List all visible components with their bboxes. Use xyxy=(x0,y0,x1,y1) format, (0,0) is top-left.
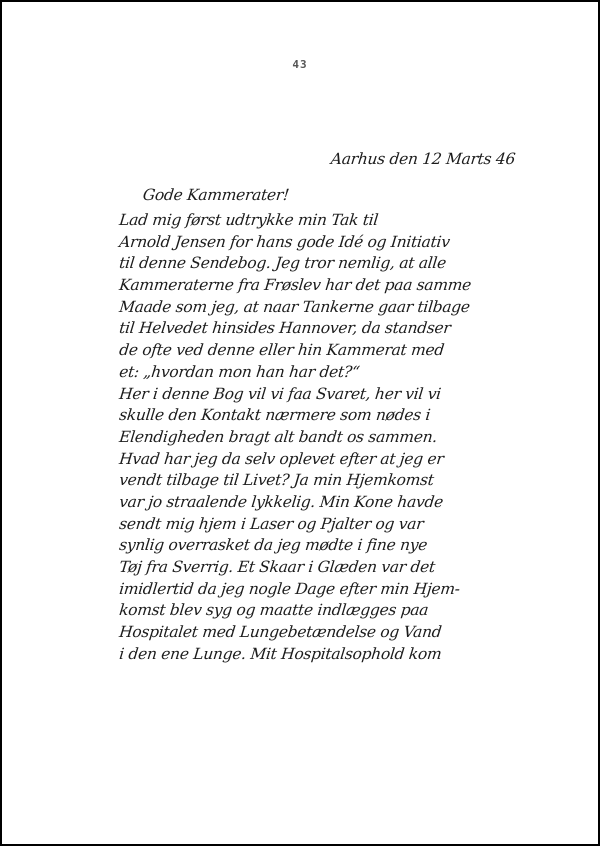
letter-line: de ofte ved denne eller hin Kammerat med xyxy=(118,340,590,362)
page-number: 43 xyxy=(2,58,598,71)
letter-salutation: Gode Kammerater! xyxy=(142,186,290,204)
letter-line: Arnold Jensen for hans gode Idé og Initi… xyxy=(118,232,590,254)
letter-line: vendt tilbage til Livet? Ja min Hjemkoms… xyxy=(118,470,590,492)
letter-line: komst blev syg og maatte indlægges paa xyxy=(118,600,590,622)
letter-line: Hospitalet med Lungebetændelse og Vand xyxy=(118,622,590,644)
letter-line: et: „hvordan mon han har det?“ xyxy=(118,362,590,384)
letter-line: Her i denne Bog vil vi faa Svaret, her v… xyxy=(118,384,590,406)
letter-line: var jo straalende lykkelig. Min Kone hav… xyxy=(118,492,590,514)
letter-line: skulle den Kontakt nærmere som nødes i xyxy=(118,405,590,427)
letter-line: Lad mig først udtrykke min Tak til xyxy=(118,210,590,232)
letter-line: i den ene Lunge. Mit Hospitalsophold kom xyxy=(118,644,590,666)
letter-dateline: Aarhus den 12 Marts 46 xyxy=(330,150,516,168)
letter-line: Maade som jeg, at naar Tankerne gaar til… xyxy=(118,297,590,319)
letter-line: Hvad har jeg da selv oplevet efter at je… xyxy=(118,449,590,471)
letter-line: sendt mig hjem i Laser og Pjalter og var xyxy=(118,514,590,536)
letter-page: 43 Aarhus den 12 Marts 46 Gode Kammerate… xyxy=(0,0,600,846)
letter-line: til Helvedet hinsides Hannover, da stand… xyxy=(118,318,590,340)
letter-line: Elendigheden bragt alt bandt os sammen. xyxy=(118,427,590,449)
letter-line: Tøj fra Sverrig. Et Skaar i Glæden var d… xyxy=(118,557,590,579)
letter-line: imidlertid da jeg nogle Dage efter min H… xyxy=(118,579,590,601)
letter-line: til denne Sendebog. Jeg tror nemlig, at … xyxy=(118,253,590,275)
letter-line: synlig overrasket da jeg mødte i fine ny… xyxy=(118,535,590,557)
letter-line: Kammeraterne fra Frøslev har det paa sam… xyxy=(118,275,590,297)
letter-body: Lad mig først udtrykke min Tak til Arnol… xyxy=(118,210,588,665)
